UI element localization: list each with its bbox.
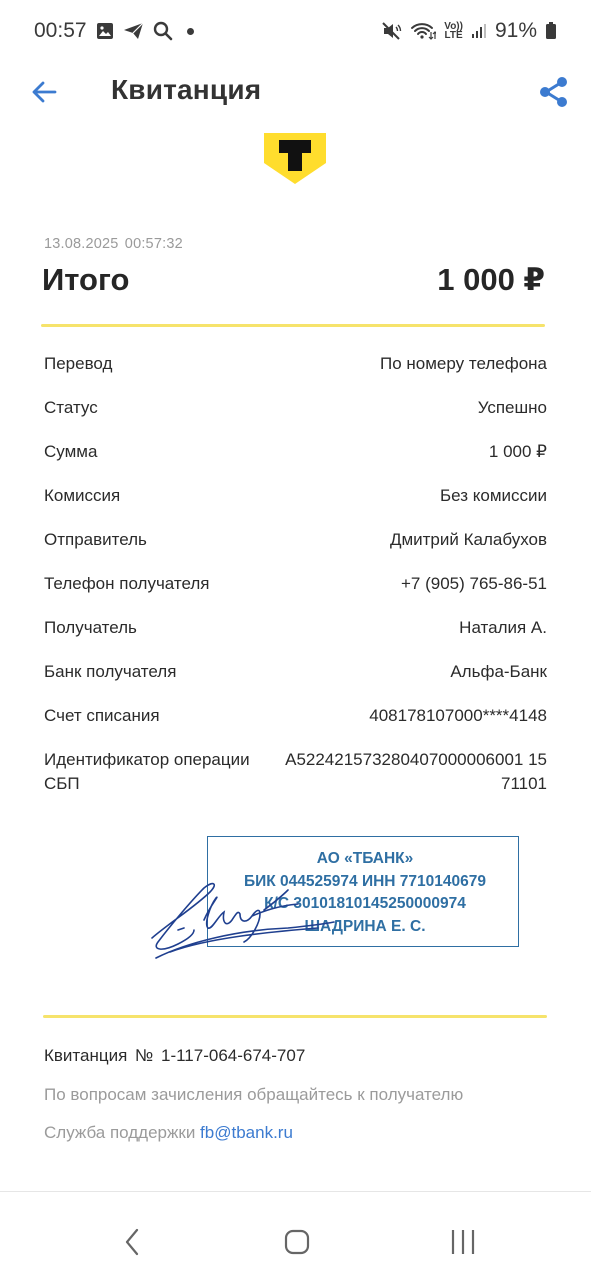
- back-button[interactable]: [28, 76, 60, 108]
- recipient-note: По вопросам зачисления обращайтесь к пол…: [44, 1085, 463, 1105]
- support-label: Служба поддержки: [44, 1123, 200, 1142]
- detail-label: Телефон получателя: [44, 572, 210, 596]
- transaction-datetime: 13.08.2025 00:57:32: [44, 236, 183, 252]
- detail-row-recipient-phone: Телефон получателя+7 (905) 765-86-51: [44, 572, 547, 616]
- battery-icon: [545, 21, 557, 41]
- recent-apps-icon: [443, 1222, 483, 1262]
- detail-row-amount: Сумма1 000 ₽: [44, 440, 547, 484]
- bank-stamp: АО «ТБАНК» БИК 044525974 ИНН 7710140679 …: [207, 836, 519, 947]
- telegram-icon: [123, 21, 145, 41]
- arrow-left-icon: [28, 76, 60, 108]
- system-nav-bar: [0, 1191, 591, 1280]
- share-icon: [536, 74, 572, 110]
- mute-icon: [382, 21, 402, 41]
- total-amount: 1 000 ₽: [437, 262, 545, 298]
- nav-back-button[interactable]: [113, 1222, 153, 1262]
- detail-row-recipient: ПолучательНаталия А.: [44, 616, 547, 660]
- detail-label: Сумма: [44, 440, 97, 464]
- page-title: Квитанция: [111, 74, 261, 106]
- detail-row-sender: ОтправительДмитрий Калабухов: [44, 528, 547, 572]
- share-button[interactable]: [536, 74, 572, 110]
- receipt-number: Квитанция № 1-117-064-674-707: [44, 1046, 305, 1066]
- detail-value: +7 (905) 765-86-51: [401, 572, 547, 596]
- stamp-line: ШАДРИНА Е. С.: [212, 916, 518, 939]
- status-bar-left: 00:57: [34, 19, 194, 43]
- detail-value: 1 000 ₽: [489, 440, 547, 464]
- detail-label: Перевод: [44, 352, 112, 376]
- detail-value: Без комиссии: [440, 484, 547, 508]
- total-label: Итого: [42, 262, 129, 298]
- receipt-details: ПереводПо номеру телефона СтатусУспешно …: [44, 352, 547, 796]
- detail-value: A522421573280407000006001 15 71101: [285, 748, 547, 796]
- clock: 00:57: [34, 19, 87, 43]
- detail-value: Наталия А.: [459, 616, 547, 640]
- stamp-line: БИК 044525974 ИНН 7710140679: [212, 871, 518, 894]
- detail-row-debit-account: Счет списания408178107000****4148: [44, 704, 547, 748]
- status-bar-right: Vo))LTE 91%: [382, 19, 557, 43]
- wifi-icon: [410, 21, 436, 41]
- signal-icon: [471, 22, 487, 40]
- detail-value: Дмитрий Калабухов: [390, 528, 547, 552]
- detail-label: Банк получателя: [44, 660, 176, 684]
- detail-row-recipient-bank: Банк получателяАльфа-Банк: [44, 660, 547, 704]
- detail-label: Счет списания: [44, 704, 160, 728]
- detail-row-sbp-id: Идентификатор операции СБПA5224215732804…: [44, 748, 547, 796]
- home-icon: [277, 1222, 317, 1262]
- detail-value: Альфа-Банк: [450, 660, 547, 684]
- divider: [41, 324, 545, 327]
- volte-icon: Vo))LTE: [444, 22, 463, 40]
- app-bar: Квитанция: [0, 62, 591, 124]
- nav-home-button[interactable]: [277, 1222, 317, 1262]
- detail-label: Идентификатор операции СБП: [44, 748, 250, 796]
- detail-label: Статус: [44, 396, 98, 420]
- notification-dot-icon: [187, 28, 194, 35]
- detail-row-transfer: ПереводПо номеру телефона: [44, 352, 547, 396]
- status-bar: 00:57 Vo))LTE 91%: [0, 0, 591, 62]
- divider: [43, 1015, 547, 1018]
- back-icon: [113, 1222, 153, 1262]
- support-info: Служба поддержки fb@tbank.ru: [44, 1123, 293, 1143]
- search-icon: [153, 21, 173, 41]
- tbank-logo: [263, 133, 327, 185]
- battery-percent: 91%: [495, 19, 537, 43]
- detail-row-commission: КомиссияБез комиссии: [44, 484, 547, 528]
- detail-label: Комиссия: [44, 484, 120, 508]
- volte-bottom-text: LTE: [445, 30, 463, 41]
- support-email-link[interactable]: fb@tbank.ru: [200, 1123, 293, 1142]
- detail-label: Отправитель: [44, 528, 147, 552]
- detail-value: По номеру телефона: [380, 352, 547, 376]
- gallery-icon: [95, 21, 115, 41]
- detail-row-status: СтатусУспешно: [44, 396, 547, 440]
- nav-recent-apps-button[interactable]: [443, 1222, 483, 1262]
- detail-value: Успешно: [478, 396, 547, 420]
- detail-value: 408178107000****4148: [369, 704, 547, 728]
- detail-label: Получатель: [44, 616, 137, 640]
- stamp-line: АО «ТБАНК»: [212, 848, 518, 871]
- stamp-line: К/С 30101810145250000974: [212, 893, 518, 916]
